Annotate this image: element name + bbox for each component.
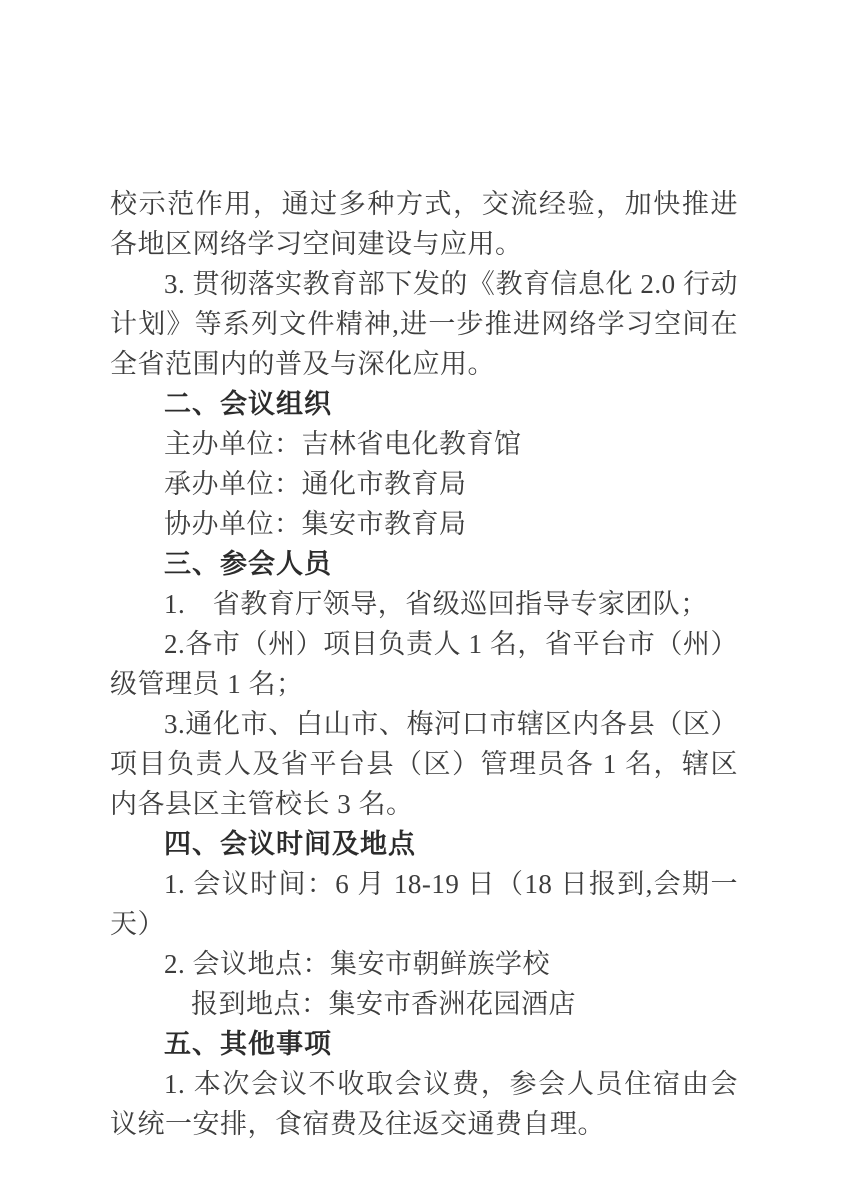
paragraph: 2.各市（州）项目负责人 1 名，省平台市（州）级管理员 1 名； bbox=[110, 624, 738, 704]
paragraph: 校示范作用，通过多种方式，交流经验，加快推进各地区网络学习空间建设与应用。 bbox=[110, 184, 738, 264]
paragraph: 1. 会议时间：6 月 18-19 日（18 日报到,会期一天） bbox=[110, 864, 738, 944]
paragraph: 1. 本次会议不收取会议费，参会人员住宿由会议统一安排，食宿费及往返交通费自理。 bbox=[110, 1064, 738, 1144]
paragraph: 承办单位：通化市教育局 bbox=[110, 464, 738, 504]
section-heading: 二、会议组织 bbox=[110, 384, 738, 424]
paragraph: 1. 省教育厅领导，省级巡回指导专家团队； bbox=[110, 584, 738, 624]
document-page: 校示范作用，通过多种方式，交流经验，加快推进各地区网络学习空间建设与应用。3. … bbox=[0, 0, 841, 1188]
paragraph: 报到地点：集安市香洲花园酒店 bbox=[110, 984, 738, 1024]
paragraph: 协办单位：集安市教育局 bbox=[110, 504, 738, 544]
document-content: 校示范作用，通过多种方式，交流经验，加快推进各地区网络学习空间建设与应用。3. … bbox=[110, 184, 738, 1144]
paragraph: 3.通化市、白山市、梅河口市辖区内各县（区）项目负责人及省平台县（区）管理员各 … bbox=[110, 704, 738, 824]
section-heading: 三、参会人员 bbox=[110, 544, 738, 584]
paragraph: 主办单位：吉林省电化教育馆 bbox=[110, 424, 738, 464]
section-heading: 五、其他事项 bbox=[110, 1024, 738, 1064]
paragraph: 2. 会议地点：集安市朝鲜族学校 bbox=[110, 944, 738, 984]
paragraph: 3. 贯彻落实教育部下发的《教育信息化 2.0 行动计划》等系列文件精神,进一步… bbox=[110, 264, 738, 384]
section-heading: 四、会议时间及地点 bbox=[110, 824, 738, 864]
